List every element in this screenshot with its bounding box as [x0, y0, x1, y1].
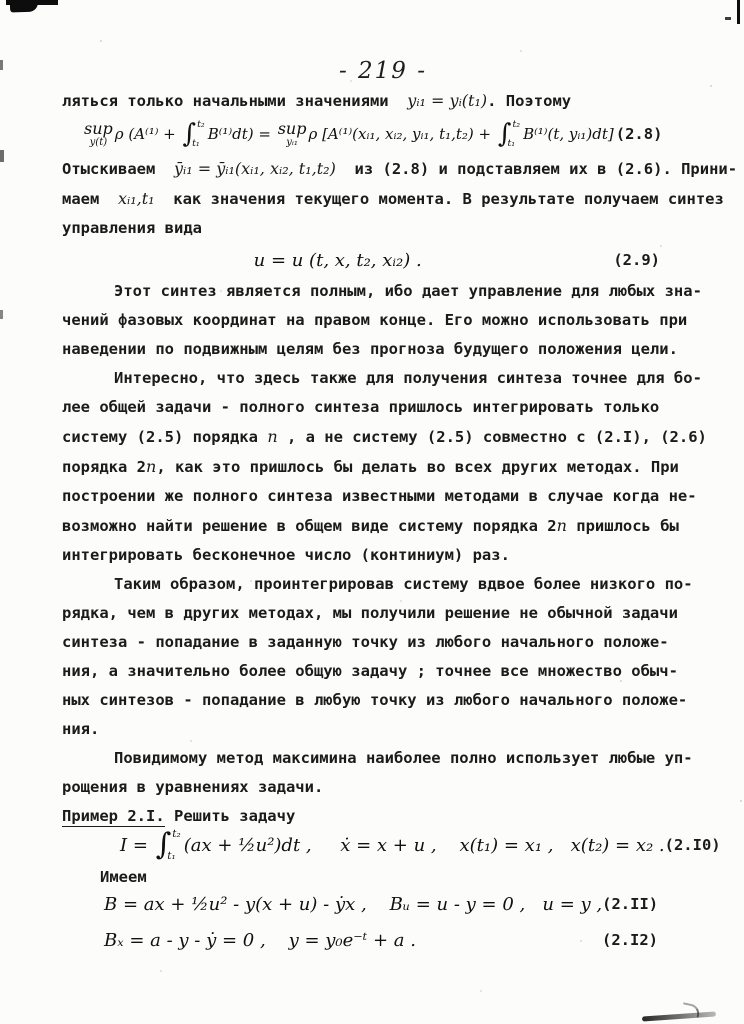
text-line: рощения в уравнениях задачи.: [62, 773, 704, 802]
page-number: - 219 -: [62, 58, 704, 84]
sup-operator: supyᵢ₁: [278, 121, 307, 148]
text-segment: ляться только начальными значениями: [62, 92, 407, 110]
text-line: Отыскиваем ȳᵢ₁ = ȳᵢ₁(xᵢ₁, xᵢ₂, t₁,t₂) из…: [62, 154, 704, 184]
inline-math: n: [267, 427, 277, 446]
text-segment: ния.: [62, 720, 99, 738]
formula-segment: B = ax + ½u² - y(x + u) - ẏx , Bᵤ = u - …: [104, 894, 602, 915]
formula-segment: (ax + ½u²)dt , ẋ = x + u , x(t₁) = x₁ , …: [184, 835, 665, 856]
text-segment: управления вида: [62, 219, 202, 237]
sup-symbol: sup: [278, 121, 307, 137]
text-line: интегрировать бесконечное число (контини…: [62, 541, 704, 570]
text-segment: чений фазовых координат на правом конце.…: [62, 311, 687, 329]
text-line: лее общей задачи - полного синтеза пришл…: [62, 393, 704, 422]
text-line: возможно найти решение в общем виде сист…: [62, 511, 704, 541]
sup-operator: supy(t): [84, 121, 113, 148]
text-segment: Имеем: [100, 868, 147, 886]
equation-label: (2.8): [616, 125, 663, 143]
inline-math: n: [557, 516, 567, 535]
formula-segment: u = u (t, x, t₂, xᵢ₂) .: [254, 250, 422, 271]
scan-artifact-left-edge: [0, 310, 3, 319]
text-line: ляться только начальными значениями yᵢ₁ …: [62, 86, 704, 116]
text-line: управления вида: [62, 214, 704, 243]
integral-limits: t₂t₁: [170, 829, 178, 861]
inline-math: n: [146, 457, 156, 476]
text-segment: . Поэтому: [487, 92, 571, 110]
formula-segment: ρ [A⁽¹⁾(xᵢ₁, xᵢ₂, yᵢ₁, t₁,t₂) +: [308, 125, 495, 143]
equation-2-12: Bₓ = a - y - ẏ = 0 , y = y₀e⁻ᵗ + a . (2.…: [62, 922, 704, 958]
text-line: систему (2.5) порядка n , а не систему (…: [62, 422, 704, 452]
scan-artifact-top-right-dot: [725, 17, 731, 20]
upper-limit: t₂: [197, 120, 205, 130]
text-segment: возможно найти решение в общем виде сист…: [62, 517, 557, 535]
text-segment: Повидимому метод максимина наиболее полн…: [114, 749, 693, 767]
text-segment: Таким образом, проинтегрировав систему в…: [114, 575, 693, 593]
integral-limits: t₂t₁: [195, 120, 203, 148]
text-line: ния, а значительно более общую задачу ; …: [62, 657, 704, 686]
text-line: Таким образом, проинтегрировав систему в…: [62, 570, 704, 599]
lower-limit: t₁: [192, 139, 200, 149]
text-segment: систему (2.5) порядка: [62, 428, 267, 446]
text-segment: как значения текущего момента. В результ…: [155, 190, 724, 208]
text-segment: маем: [62, 190, 118, 208]
scan-artifact-top-right-line: [737, 0, 740, 24]
equation-label: (2.9): [613, 251, 660, 269]
scanned-page: - 219 - ляться только начальными значени…: [0, 0, 744, 1024]
lower-limit: t₁: [167, 851, 175, 862]
formula-segment: B⁽¹⁾dt) =: [208, 125, 276, 143]
text-line: ных синтезов - попадание в любую точку и…: [62, 686, 704, 715]
scan-artifact-left-edge: [0, 150, 4, 162]
text-line: наведении по подвижным целям без прогноз…: [62, 335, 704, 364]
lower-limit: t₁: [507, 139, 515, 149]
text-segment: лее общей задачи - полного синтеза пришл…: [62, 398, 659, 416]
equation-label: (2.II): [602, 895, 658, 913]
text-segment: интегрировать бесконечное число (контини…: [62, 546, 510, 564]
upper-limit: t₂: [172, 829, 180, 840]
equation-2-11: B = ax + ½u² - y(x + u) - ẏx , Bᵤ = u - …: [62, 886, 704, 922]
formula-segment: ρ (A⁽¹⁾ +: [115, 125, 181, 143]
text-segment: синтеза - попадание в заданную точку из …: [62, 633, 669, 651]
scan-noise-speckles: [100, 40, 102, 42]
equation-label: (2.I2): [602, 931, 658, 949]
text-segment: Отыскиваем: [62, 160, 174, 178]
sup-subscript: y(t): [90, 138, 107, 148]
text-line: ния.: [62, 715, 704, 744]
text-line: рядка, чем в других методах, мы получили…: [62, 599, 704, 628]
text-line: чений фазовых координат на правом конце.…: [62, 306, 704, 335]
text-segment: ния, а значительно более общую задачу ; …: [62, 662, 678, 680]
inline-math: ȳᵢ₁ = ȳᵢ₁(xᵢ₁, xᵢ₂, t₁,t₂): [174, 159, 336, 178]
equation-2-10: I = ∫t₂t₁ (ax + ½u²)dt , ẋ = x + u , x(t…: [62, 827, 704, 863]
text-line: синтеза - попадание в заданную точку из …: [62, 628, 704, 657]
text-segment: из (2.8) и подставляем их в (2.6). Прини…: [336, 160, 737, 178]
text-segment: , как это пришлось бы делать во всех дру…: [156, 458, 679, 476]
equation-2-9: u = u (t, x, t₂, xᵢ₂) . (2.9): [62, 243, 704, 277]
inline-math: yᵢ₁ = yᵢ(t₁): [407, 91, 487, 110]
integral-sign: ∫t₂t₁: [156, 829, 182, 861]
sup-symbol: sup: [84, 121, 113, 137]
formula-segment: B⁽¹⁾(t, yᵢ₁)dt]: [523, 125, 614, 143]
inline-math: xᵢ₁,t₁: [118, 189, 155, 208]
text-line: построении же полного синтеза известными…: [62, 482, 704, 511]
example-heading: Пример 2.I.: [62, 807, 165, 827]
text-segment: Решить задачу: [165, 807, 296, 825]
text-line: Повидимому метод максимина наиболее полн…: [62, 744, 704, 773]
text-segment: пришлось бы: [567, 517, 679, 535]
text-segment: рядка, чем в других методах, мы получили…: [62, 604, 678, 622]
text-segment: , а не систему (2.5) совместно с (2.I), …: [278, 428, 707, 446]
upper-limit: t₂: [512, 120, 520, 130]
equation-2-8: supy(t) ρ (A⁽¹⁾ + ∫t₂t₁ B⁽¹⁾dt) = supyᵢ₁…: [62, 114, 704, 154]
formula-segment: I =: [120, 835, 154, 856]
text-segment: построении же полного синтеза известными…: [62, 487, 697, 505]
text-segment: ных синтезов - попадание в любую точку и…: [62, 691, 687, 709]
text-segment: наведении по подвижным целям без прогноз…: [62, 340, 678, 358]
formula-segment: Bₓ = a - y - ẏ = 0 , y = y₀e⁻ᵗ + a .: [104, 930, 416, 951]
scan-artifact-left-edge: [0, 60, 3, 70]
integral-limits: t₂t₁: [510, 120, 518, 148]
text-segment: рощения в уравнениях задачи.: [62, 778, 323, 796]
text-line: маем xᵢ₁,t₁ как значения текущего момент…: [62, 184, 704, 214]
integral-sign: ∫t₂t₁: [183, 120, 206, 148]
text-line: порядка 2n, как это пришлось бы делать в…: [62, 452, 704, 482]
text-segment: порядка 2: [62, 458, 146, 476]
integral-sign: ∫t₂t₁: [498, 120, 521, 148]
sup-subscript: yᵢ₁: [286, 138, 298, 148]
equation-label: (2.I0): [665, 836, 721, 854]
text-line: Этот синтез является полным, ибо дает уп…: [62, 277, 704, 306]
text-line: Интересно, что здесь также для получения…: [62, 364, 704, 393]
text-segment: Интересно, что здесь также для получения…: [114, 369, 702, 387]
text-segment: Этот синтез является полным, ибо дает уп…: [114, 282, 702, 300]
